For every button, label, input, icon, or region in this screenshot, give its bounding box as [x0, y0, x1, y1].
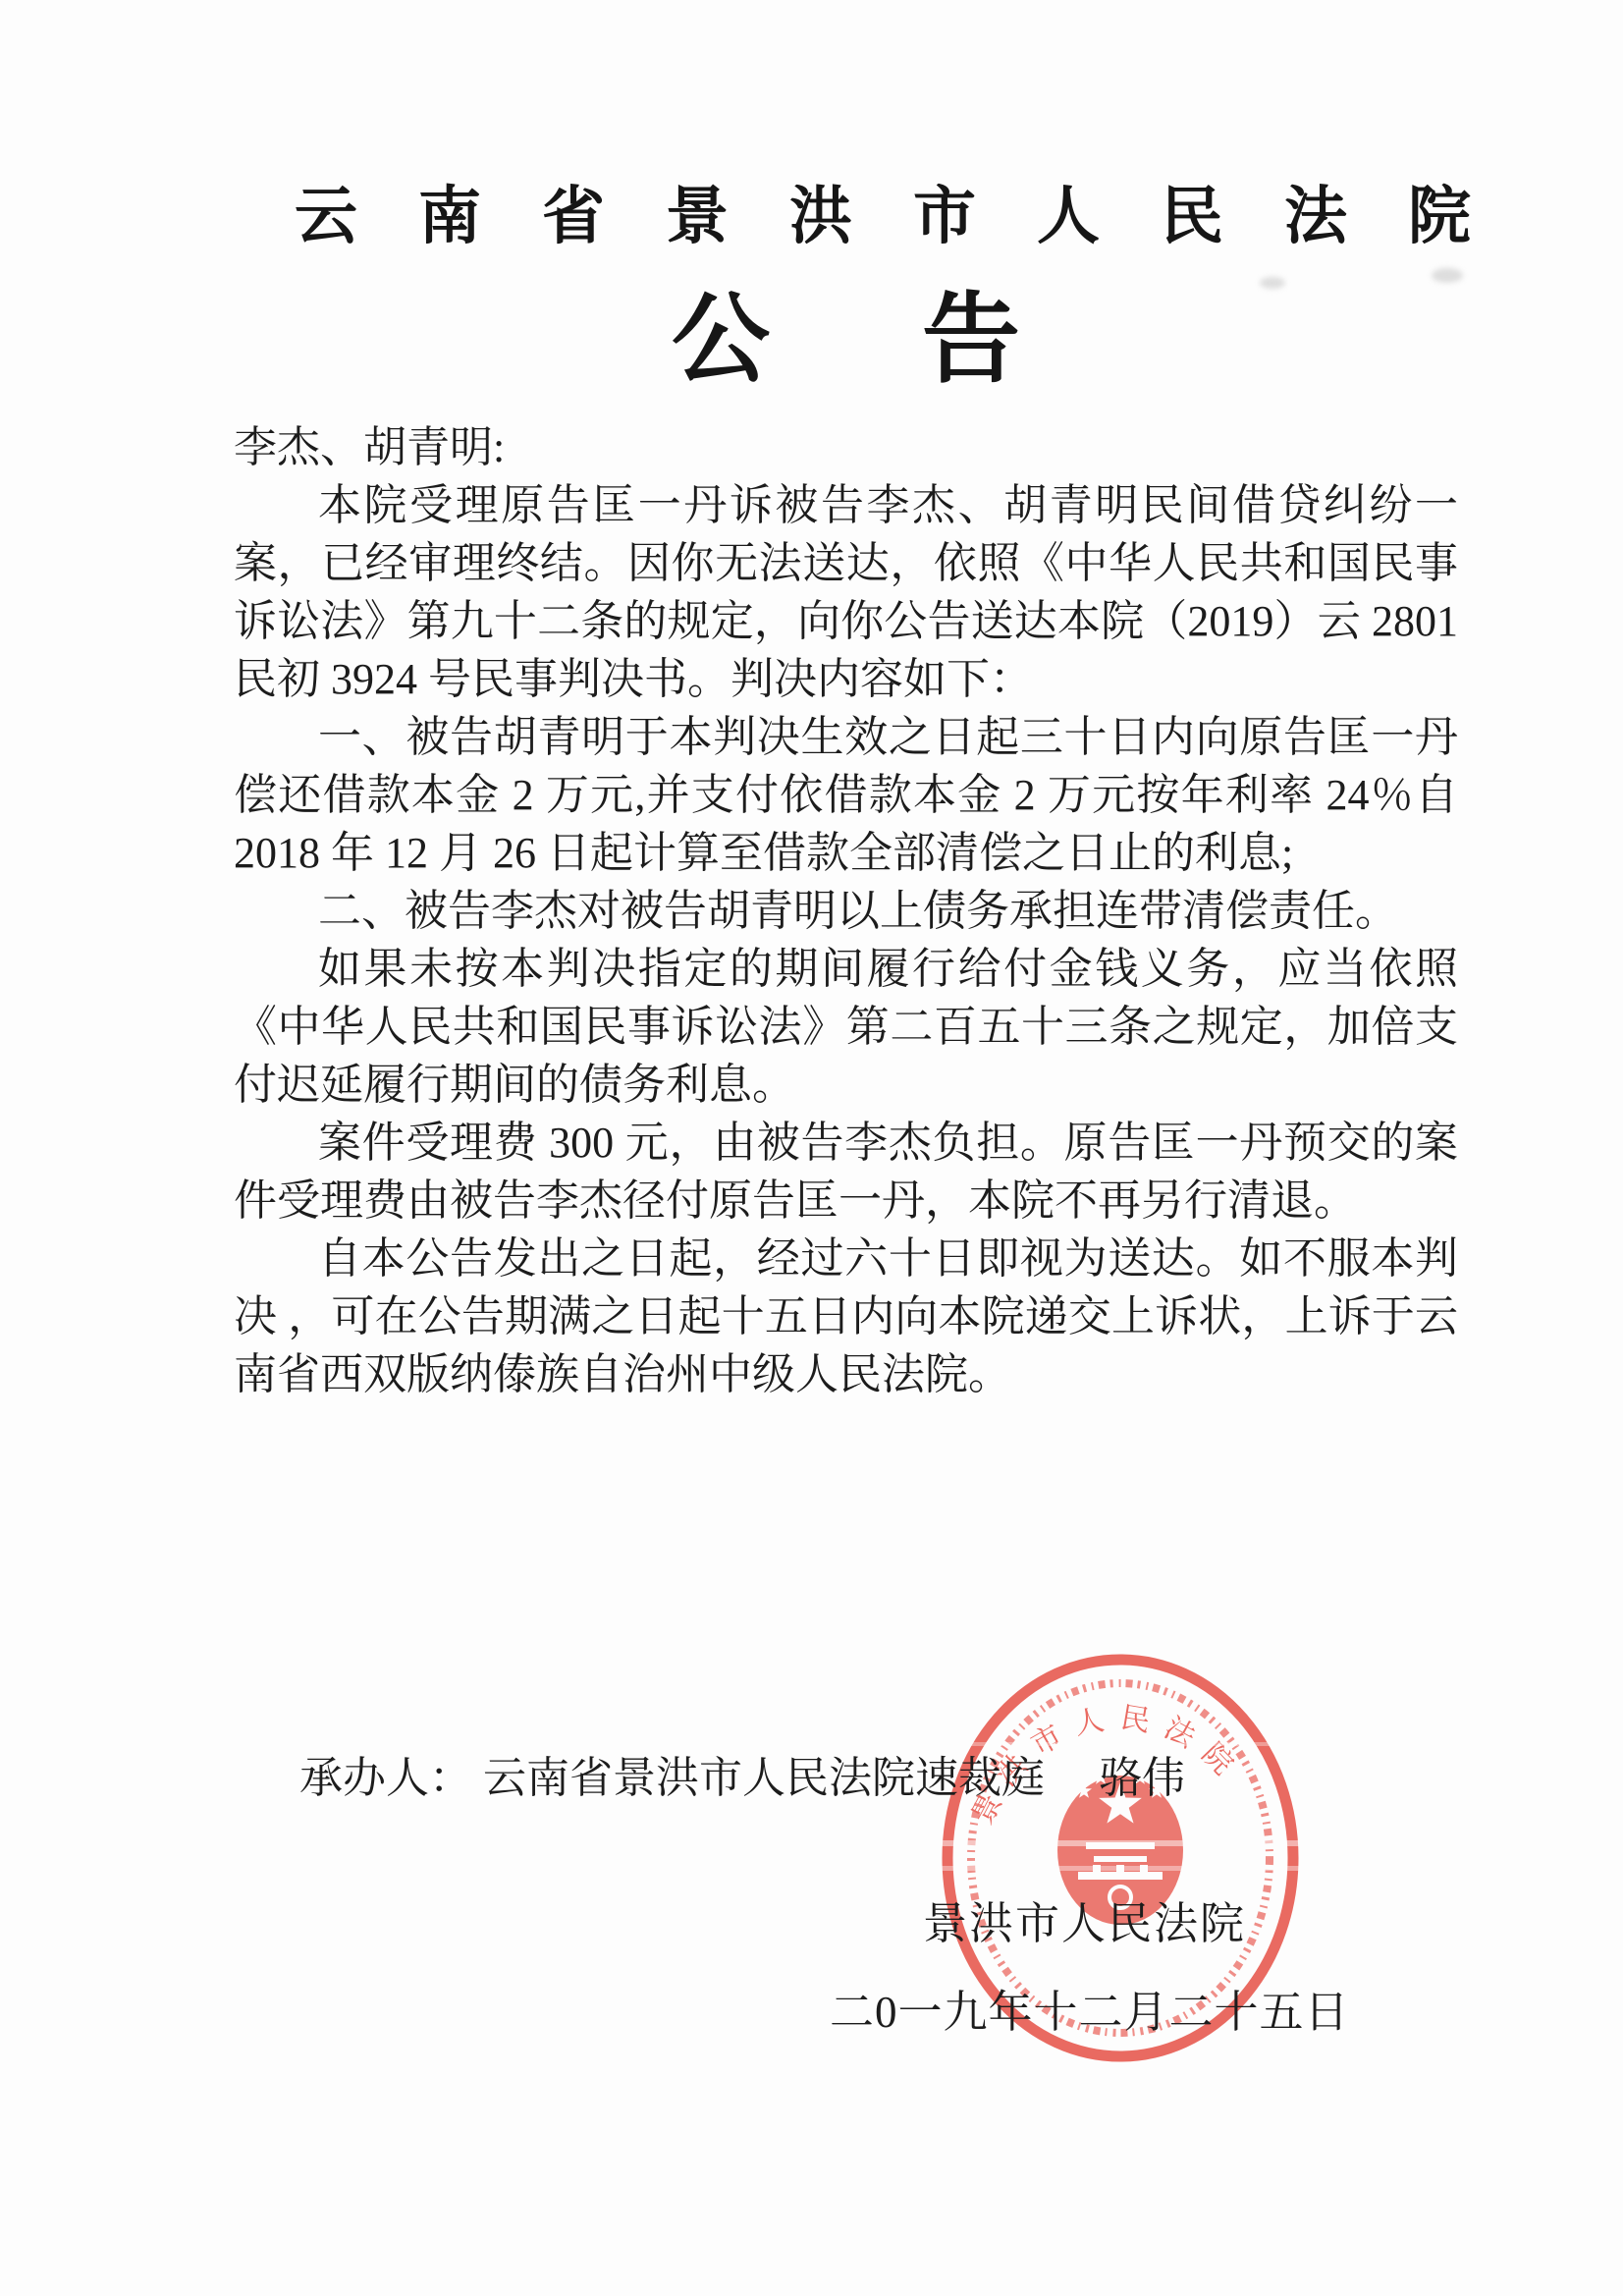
handler-line: 承办人： 云南省景洪市人民法院速裁庭骆伟 — [299, 1753, 1185, 1804]
paragraph: 案件受理费 300 元，由被告李杰负担。原告匡一丹预交的案件受理费由被告李杰径付… — [234, 1114, 1458, 1230]
document-body: 李杰、胡青明: 本院受理原告匡一丹诉被告李杰、胡青明民间借贷纠纷一案，已经审理终… — [234, 418, 1458, 1403]
court-signature: 景洪市人民法院 — [923, 1887, 1246, 1951]
court-announcement-page: 云南省景洪市人民法院 公告 李杰、胡青明: 本院受理原告匡一丹诉被告李杰、胡青明… — [0, 0, 1623, 2296]
document-content: 云南省景洪市人民法院 公告 李杰、胡青明: 本院受理原告匡一丹诉被告李杰、胡青明… — [0, 0, 1623, 1403]
paragraph: 本院受理原告匡一丹诉被告李杰、胡青明民间借贷纠纷一案，已经审理终结。因你无法送达… — [234, 476, 1458, 708]
document-type-title: 公告 — [234, 291, 1458, 389]
paragraph: 二、被告李杰对被告胡青明以上债务承担连带清偿责任。 — [234, 882, 1458, 940]
salutation: 李杰、胡青明: — [234, 418, 1458, 476]
paragraph: 如果未按本判决指定的期间履行给付金钱义务，应当依照《中华人民共和国民事诉讼法》第… — [234, 940, 1458, 1114]
scan-artifact — [1432, 268, 1463, 283]
paragraph: 一、被告胡青明于本判决生效之日起三十日内向原告匡一丹偿还借款本金 2 万元,并支… — [234, 708, 1458, 882]
scan-artifact — [1260, 277, 1285, 289]
handler-name: 骆伟 — [1099, 1754, 1185, 1802]
handler-office: 承办人： 云南省景洪市人民法院速裁庭 — [299, 1754, 1045, 1802]
date-line: 二0一九年十二月二十五日 — [830, 1976, 1350, 2040]
paragraph: 自本公告发出之日起，经过六十日即视为送达。如不服本判决 ，可在公告期满之日起十五… — [234, 1230, 1458, 1403]
court-name-title: 云南省景洪市人民法院 — [234, 185, 1458, 247]
